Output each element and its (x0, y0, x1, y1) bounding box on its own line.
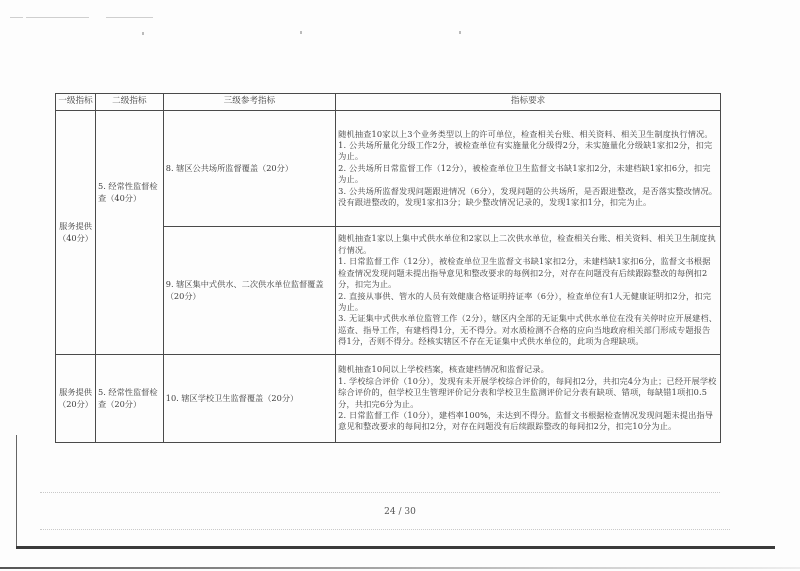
requirement-item: 2. 公共场所日常监督工作（12分），被检查单位卫生监督文书缺1家扣2分，未建档… (338, 163, 718, 186)
requirements-cell: 随机抽查1家以上集中式供水单位和2家以上二次供水单位，检查相关台账、相关资料、相… (336, 227, 721, 355)
header-level1: 一级指标 (56, 94, 96, 111)
requirement-item: 1. 公共场所量化分级工作2分，被检查单位有实施量化分级得2分，未实施量化分级缺… (338, 140, 718, 163)
scan-artifact (40, 492, 720, 494)
scan-artifact (450, 549, 456, 552)
header-requirements: 指标要求 (336, 94, 721, 111)
level2-cell: 5. 经常性监督检查（40分） (96, 111, 164, 355)
requirement-item: 1. 学校综合评价（10分），发现有未开展学校综合评价的，每间扣2分，共扣完4分… (338, 376, 718, 410)
table-header-row: 一级指标 二级指标 三级参考指标 指标要求 (56, 94, 721, 111)
header-level2: 二级指标 (96, 94, 164, 111)
table-row: 服务提供（40分） 5. 经常性监督检查（40分） 8. 辖区公共场所监督覆盖（… (56, 111, 721, 227)
requirement-item: 3. 公共场所监督发现问题跟进情况（6分），发现问题的公共场所，是否跟进整改，是… (338, 186, 718, 209)
requirements-cell: 随机抽查10间以上学校档案，核查建档情况和监督记录。 1. 学校综合评价（10分… (336, 355, 721, 443)
level1-cell: 服务提供（40分） (56, 111, 96, 355)
requirement-intro: 随机抽查10家以上3个业务类型以上的许可单位，检查相关台账、相关资料、相关卫生制… (338, 129, 718, 140)
scan-artifact (535, 549, 541, 552)
scan-artifact (10, 17, 23, 18)
level1-cell: 服务提供（20分） (56, 355, 96, 443)
level2-cell: 5. 经常性监督检查（20分） (96, 355, 164, 443)
level3-cell: 10. 辖区学校卫生监督覆盖（20分） (163, 355, 335, 443)
scan-frame-left (16, 435, 17, 548)
scan-artifact (740, 549, 746, 552)
requirement-intro: 随机抽查1家以上集中式供水单位和2家以上二次供水单位，检查相关台账、相关资料、相… (338, 233, 718, 256)
scan-artifact (612, 549, 618, 552)
level3-cell: 9. 辖区集中式供水、二次供水单位监督覆盖（20分） (163, 227, 335, 355)
scan-artifact (480, 549, 486, 552)
header-level3: 三级参考指标 (163, 94, 335, 111)
requirement-item: 1. 日常监督工作（12分），被检查单位卫生监督文书缺1家扣2分，未建档缺1家扣… (338, 256, 718, 290)
scan-artifact (106, 17, 153, 18)
scan-frame-bottom (16, 546, 775, 549)
indicator-table: 一级指标 二级指标 三级参考指标 指标要求 服务提供（40分） 5. 经常性监督… (55, 93, 721, 443)
scan-edge (0, 567, 800, 569)
page-number: 24 / 30 (0, 507, 800, 517)
requirement-item: 2. 日常监督工作（10分），建档率100%，未达到不得分。监督文书根据检查情况… (338, 410, 718, 433)
scan-artifact (684, 549, 690, 552)
requirements-cell: 随机抽查10家以上3个业务类型以上的许可单位，检查相关台账、相关资料、相关卫生制… (336, 111, 721, 227)
scan-artifact (512, 549, 518, 552)
requirement-intro: 随机抽查10间以上学校档案，核查建档情况和监督记录。 (338, 364, 718, 375)
scan-speck (300, 31, 302, 34)
scan-speck (459, 31, 461, 34)
scan-artifact (584, 549, 590, 552)
scan-artifact (26, 17, 89, 18)
scan-artifact (40, 529, 730, 531)
requirement-item: 2. 直接从事供、管水的人员有效健康合格证明持证率（6分），检查单位有1人无健康… (338, 291, 718, 314)
level3-cell: 8. 辖区公共场所监督覆盖（20分） (163, 111, 335, 227)
scan-speck (142, 32, 144, 35)
table-row: 服务提供（20分） 5. 经常性监督检查（20分） 10. 辖区学校卫生监督覆盖… (56, 355, 721, 443)
requirement-item: 3. 无证集中式供水单位监管工作（2分），辖区内全部的无证集中式供水单位在没有关… (338, 313, 718, 347)
